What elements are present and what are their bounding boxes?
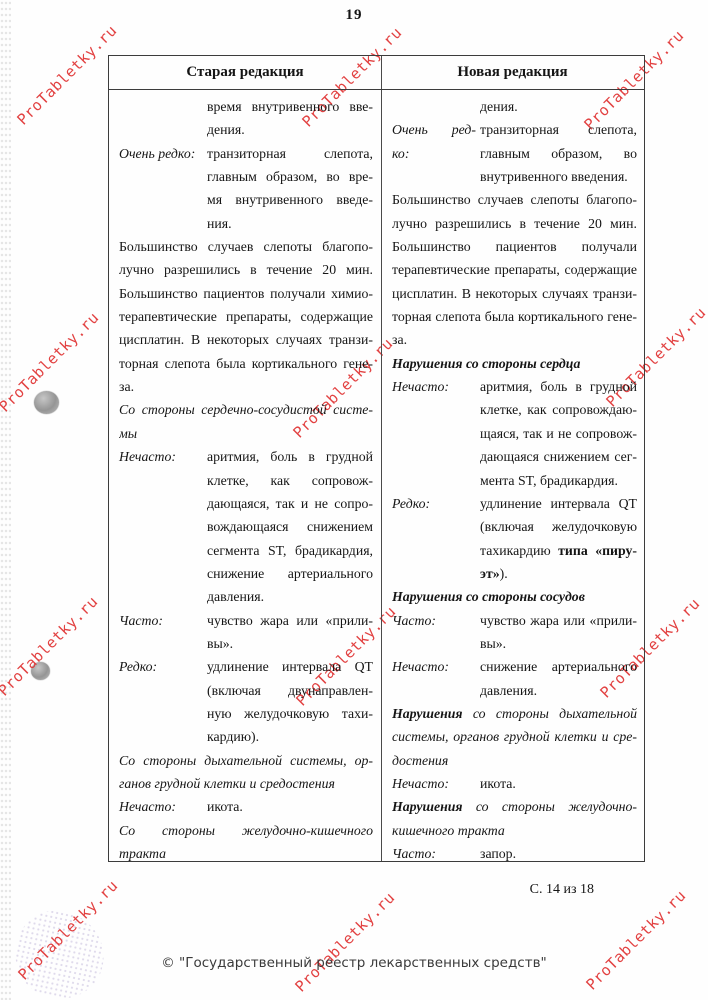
line-text: аритмия, боль в грудной [480, 375, 637, 398]
line-text: достения [392, 749, 637, 772]
scanned-document-page: 19 ProTabletky.ruProTabletky.ruProTablet… [0, 0, 708, 1000]
line-text: давления. [207, 585, 373, 608]
frequency-label: ко: [392, 142, 476, 165]
line-text: ную желудочковую тахи- [207, 702, 373, 725]
table-line: Большинство пациентов получали химио- [392, 235, 637, 258]
frequency-label: Часто: [392, 842, 476, 865]
line-text: чувство жара или «прили- [480, 609, 637, 632]
line-text-part: Нарушения [392, 706, 473, 721]
table-line: дения. [392, 95, 637, 118]
table-line: вождающаяся снижением [119, 515, 373, 538]
line-text: за. [119, 375, 373, 398]
page-indicator: С. 14 из 18 [530, 882, 594, 898]
line-text: клетке, как сопровож- [207, 469, 373, 492]
protabletky-watermark: ProTabletky.ru [0, 592, 102, 699]
line-text: терапевтические препараты, содержащие [392, 258, 637, 281]
line-text: икота. [480, 772, 637, 795]
frequency-label: Нечасто: [119, 795, 203, 818]
table-line: торная слепота была кортикального гене- [392, 305, 637, 328]
line-text: транзиторная слепота, [480, 118, 637, 141]
line-text: мя внутривенного введе- [207, 188, 373, 211]
table-line: (включая двунаправлен- [119, 679, 373, 702]
line-text: сегмента ST, брадикардия, [207, 539, 373, 562]
table-line: дения. [119, 118, 373, 141]
table-line: Часто:чувство жара или «прили- [392, 609, 637, 632]
hole-punch-mark [31, 662, 50, 680]
table-line: цисплатин. В некоторых случаях транзи- [119, 328, 373, 351]
table-line: мы [119, 422, 373, 445]
copyright-footer: © "Государственный реестр лекарственных … [0, 955, 708, 971]
line-text-part: со стороны желудочно- [476, 799, 637, 814]
line-text: дающаяся, так и не сопро- [207, 492, 373, 515]
line-text: дения. [207, 118, 373, 141]
line-text: тахикардию типа «пиру- [480, 539, 637, 562]
comparison-table: Старая редакция Новая редакция время вну… [108, 55, 645, 862]
table-line: мента ST, брадикардия. [392, 469, 637, 492]
table-line: Часто:запор. [392, 842, 637, 865]
table-line: ния. [119, 212, 373, 235]
line-text: торная слепота была кортикального гене- [392, 305, 637, 328]
line-text: терапевтические препараты, содержащие [119, 305, 373, 328]
table-line: Большинство случаев слепоты благопо- [119, 235, 373, 258]
table-line: давления. [392, 679, 637, 702]
line-text: лучно разрешились в течение 20 мин. [119, 258, 373, 281]
frequency-label: Нечасто: [392, 772, 476, 795]
table-body: время внутривенного вве-дения.Очень редк… [109, 90, 644, 861]
line-text-part: ). [500, 566, 508, 581]
line-text: мента ST, брадикардия. [480, 469, 637, 492]
line-text: дающаяся снижением сег- [480, 445, 637, 468]
new-edition-column: дения.Очень ред-транзиторная слепота,ко:… [381, 90, 643, 861]
table-line: эт»). [392, 562, 637, 585]
line-text: кардию). [207, 725, 373, 748]
old-edition-column: время внутривенного вве-дения.Очень редк… [109, 90, 381, 861]
line-text: снижение артериального [480, 655, 637, 678]
table-line: вы». [392, 632, 637, 655]
table-line: лучно разрешились в течение 20 мин. [119, 258, 373, 281]
frequency-label: Очень ред- [392, 118, 476, 141]
line-text: кишечного тракта [392, 819, 637, 842]
page-number: 19 [0, 7, 708, 24]
line-text: внутривенного введения. [480, 165, 637, 188]
line-text: вождающаяся снижением [207, 515, 373, 538]
table-line: вы». [119, 632, 373, 655]
table-line: Нарушения со стороны сердца [392, 352, 637, 375]
table-line: Нечасто:аритмия, боль в грудной [119, 445, 373, 468]
line-text: удлинение интервала QT [480, 492, 637, 515]
table-line: тахикардию типа «пиру- [392, 539, 637, 562]
table-line: терапевтические препараты, содержащие [119, 305, 373, 328]
line-text: за. [392, 328, 637, 351]
table-line: кардию). [119, 725, 373, 748]
table-line: Нечасто:икота. [119, 795, 373, 818]
table-line: кишечного тракта [392, 819, 637, 842]
line-text: главным образом, во время [480, 142, 637, 165]
line-text: снижение артериального [207, 562, 373, 585]
table-line: Нарушения со стороны сосудов [392, 585, 637, 608]
table-line: Очень редко:транзиторная слепота, [119, 142, 373, 165]
table-header-row: Старая редакция Новая редакция [109, 56, 644, 90]
table-line: щаяся, так и не сопровож- [392, 422, 637, 445]
table-line: (включая желудочковую [392, 515, 637, 538]
line-text: цисплатин. В некоторых случаях транзи- [392, 282, 637, 305]
line-text-part: со стороны дыхательной [473, 706, 637, 721]
table-line: мя внутривенного введе- [119, 188, 373, 211]
scan-speckle-patch [8, 904, 112, 1000]
table-line: достения [392, 749, 637, 772]
line-text: вы». [480, 632, 637, 655]
table-line: ганов грудной клетки и средостения [119, 772, 373, 795]
line-text: (включая двунаправлен- [207, 679, 373, 702]
frequency-label: Часто: [392, 609, 476, 632]
frequency-label: Редко: [119, 655, 203, 678]
table-line: Нарушения со стороны дыхательной [392, 702, 637, 725]
frequency-label: Очень редко: [119, 142, 203, 165]
line-text: тракта [119, 842, 373, 865]
table-line: Большинство случаев слепоты благопо- [392, 188, 637, 211]
table-line: Часто:чувство жара или «прили- [119, 609, 373, 632]
table-line: Со стороны желудочно-кишечного [119, 819, 373, 842]
table-line: клетке, как сопровождаю- [392, 398, 637, 421]
line-text: Нарушения со стороны дыхательной [392, 702, 637, 725]
table-line: дающаяся снижением сег- [392, 445, 637, 468]
table-line: дающаяся, так и не сопро- [119, 492, 373, 515]
line-text: дения. [480, 95, 637, 118]
table-line: ко:главным образом, во время [392, 142, 637, 165]
table-line: цисплатин. В некоторых случаях транзи- [392, 282, 637, 305]
table-line: ную желудочковую тахи- [119, 702, 373, 725]
line-text: удлинение интервала QT [207, 655, 373, 678]
table-line: снижение артериального [119, 562, 373, 585]
table-line: торная слепота была кортикального гене- [119, 352, 373, 375]
table-line: Большинство пациентов получали химио- [119, 282, 373, 305]
table-line: за. [392, 328, 637, 351]
table-line: Редко:удлинение интервала QT [119, 655, 373, 678]
line-text-part: тахикардию [480, 543, 558, 558]
line-text: лучно разрешились в течение 20 мин. [392, 212, 637, 235]
table-line: лучно разрешились в течение 20 мин. [392, 212, 637, 235]
line-text: ганов грудной клетки и средостения [119, 772, 373, 795]
scan-noise-strip [0, 0, 11, 1000]
protabletky-watermark: ProTabletky.ru [291, 888, 398, 995]
line-text: Большинство случаев слепоты благопо- [392, 188, 637, 211]
table-line: главным образом, во вре- [119, 165, 373, 188]
table-line: время внутривенного вве- [119, 95, 373, 118]
line-text: чувство жара или «прили- [207, 609, 373, 632]
table-line: тракта [119, 842, 373, 865]
line-text: Нарушения со стороны желудочно- [392, 795, 637, 818]
protabletky-watermark: ProTabletky.ru [13, 21, 120, 128]
line-text: время внутривенного вве- [207, 95, 373, 118]
line-text: Нарушения со стороны сосудов [392, 585, 637, 608]
table-line: внутривенного введения. [392, 165, 637, 188]
line-text: Большинство пациентов получали химио- [119, 282, 373, 305]
frequency-label: Часто: [119, 609, 203, 632]
line-text: эт»). [480, 562, 637, 585]
line-text: икота. [207, 795, 373, 818]
line-text: вы». [207, 632, 373, 655]
line-text: Большинство пациентов получали химио- [392, 235, 637, 258]
line-text: мы [119, 422, 373, 445]
line-text: Со стороны желудочно-кишечного [119, 819, 373, 842]
frequency-label: Нечасто: [392, 375, 476, 398]
table-line: Нечасто:снижение артериального [392, 655, 637, 678]
line-text: ния. [207, 212, 373, 235]
table-line: давления. [119, 585, 373, 608]
frequency-label: Нечасто: [119, 445, 203, 468]
table-line: клетке, как сопровож- [119, 469, 373, 492]
line-text: (включая желудочковую [480, 515, 637, 538]
line-text: транзиторная слепота, [207, 142, 373, 165]
frequency-label: Нечасто: [392, 655, 476, 678]
line-text: Со стороны дыхательной системы, ор- [119, 749, 373, 772]
line-text: торная слепота была кортикального гене- [119, 352, 373, 375]
table-line: терапевтические препараты, содержащие [392, 258, 637, 281]
new-edition-header: Новая редакция [381, 56, 643, 89]
protabletky-watermark: ProTabletky.ru [582, 886, 689, 993]
line-text: клетке, как сопровождаю- [480, 398, 637, 421]
line-text: главным образом, во вре- [207, 165, 373, 188]
line-text: давления. [480, 679, 637, 702]
table-line: системы, органов грудной клетки и сре- [392, 725, 637, 748]
table-line: Со стороны сердечно-сосудистой систе- [119, 398, 373, 421]
old-edition-header: Старая редакция [109, 56, 381, 89]
table-line: Нечасто:икота. [392, 772, 637, 795]
line-text: Нарушения со стороны сердца [392, 352, 637, 375]
table-line: Нарушения со стороны желудочно- [392, 795, 637, 818]
line-text: цисплатин. В некоторых случаях транзи- [119, 328, 373, 351]
table-line: Очень ред-транзиторная слепота, [392, 118, 637, 141]
line-text-part: эт» [480, 566, 500, 581]
line-text: системы, органов грудной клетки и сре- [392, 725, 637, 748]
line-text-part: типа «пиру- [558, 543, 637, 558]
table-line: Нечасто:аритмия, боль в грудной [392, 375, 637, 398]
line-text: Большинство случаев слепоты благопо- [119, 235, 373, 258]
table-line: Редко:удлинение интервала QT [392, 492, 637, 515]
line-text: Со стороны сердечно-сосудистой систе- [119, 398, 373, 421]
table-line: Со стороны дыхательной системы, ор- [119, 749, 373, 772]
line-text: щаяся, так и не сопровож- [480, 422, 637, 445]
frequency-label: Редко: [392, 492, 476, 515]
hole-punch-mark [34, 391, 59, 414]
table-line: за. [119, 375, 373, 398]
table-line: сегмента ST, брадикардия, [119, 539, 373, 562]
line-text-part: Нарушения [392, 799, 476, 814]
line-text: аритмия, боль в грудной [207, 445, 373, 468]
line-text: запор. [480, 842, 637, 865]
